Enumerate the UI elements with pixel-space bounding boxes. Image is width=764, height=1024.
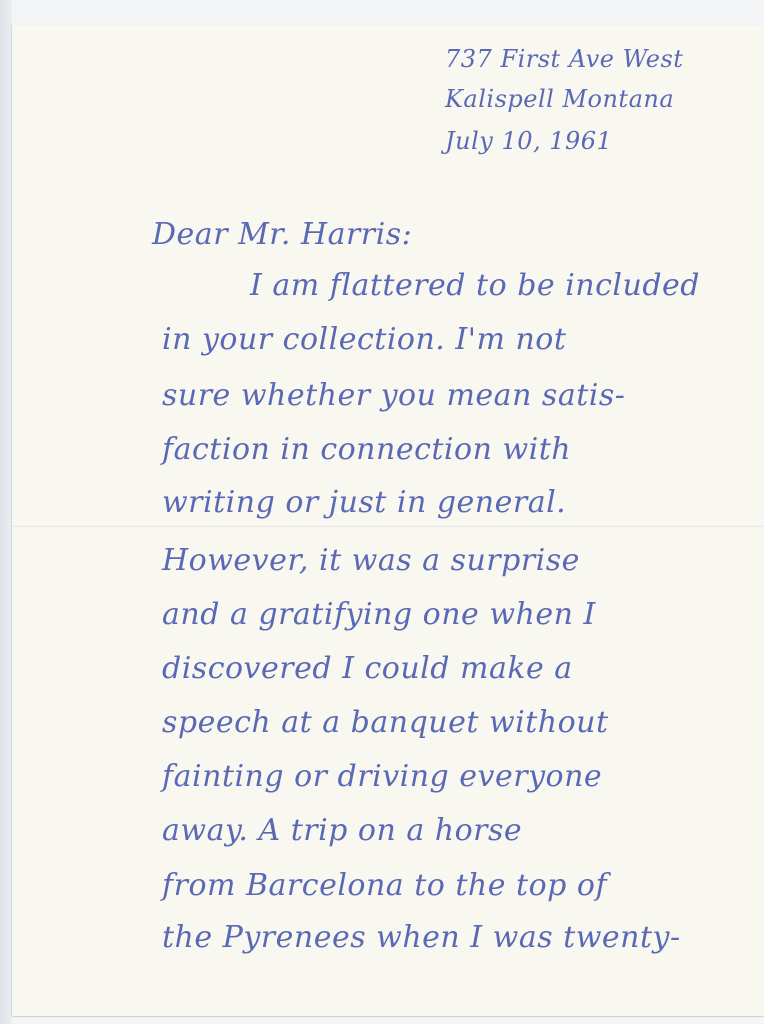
paper-fold-line bbox=[12, 524, 764, 527]
letter-page: 737 First Ave West Kalispell Montana Jul… bbox=[12, 25, 764, 1016]
address-line-1: 737 First Ave West bbox=[445, 45, 683, 73]
body-line: the Pyrenees when I was twenty- bbox=[162, 920, 681, 955]
body-line: discovered I could make a bbox=[162, 651, 573, 686]
salutation: Dear Mr. Harris: bbox=[152, 217, 412, 252]
body-line: in your collection. I'm not bbox=[162, 322, 566, 357]
body-line: and a gratifying one when I bbox=[162, 597, 596, 632]
scan-background-edge bbox=[0, 0, 12, 1024]
body-line: sure whether you mean satis- bbox=[162, 378, 625, 413]
letter-date: July 10, 1961 bbox=[445, 127, 612, 155]
address-line-2: Kalispell Montana bbox=[445, 85, 674, 113]
body-line: fainting or driving everyone bbox=[162, 759, 602, 794]
body-line: speech at a banquet without bbox=[162, 705, 609, 740]
body-line: writing or just in general. bbox=[162, 485, 566, 520]
body-line: away. A trip on a horse bbox=[162, 813, 522, 848]
body-line: However, it was a surprise bbox=[162, 543, 580, 578]
body-line: I am flattered to be included bbox=[250, 268, 700, 303]
body-line: from Barcelona to the top of bbox=[162, 868, 607, 903]
body-line: faction in connection with bbox=[162, 432, 571, 467]
